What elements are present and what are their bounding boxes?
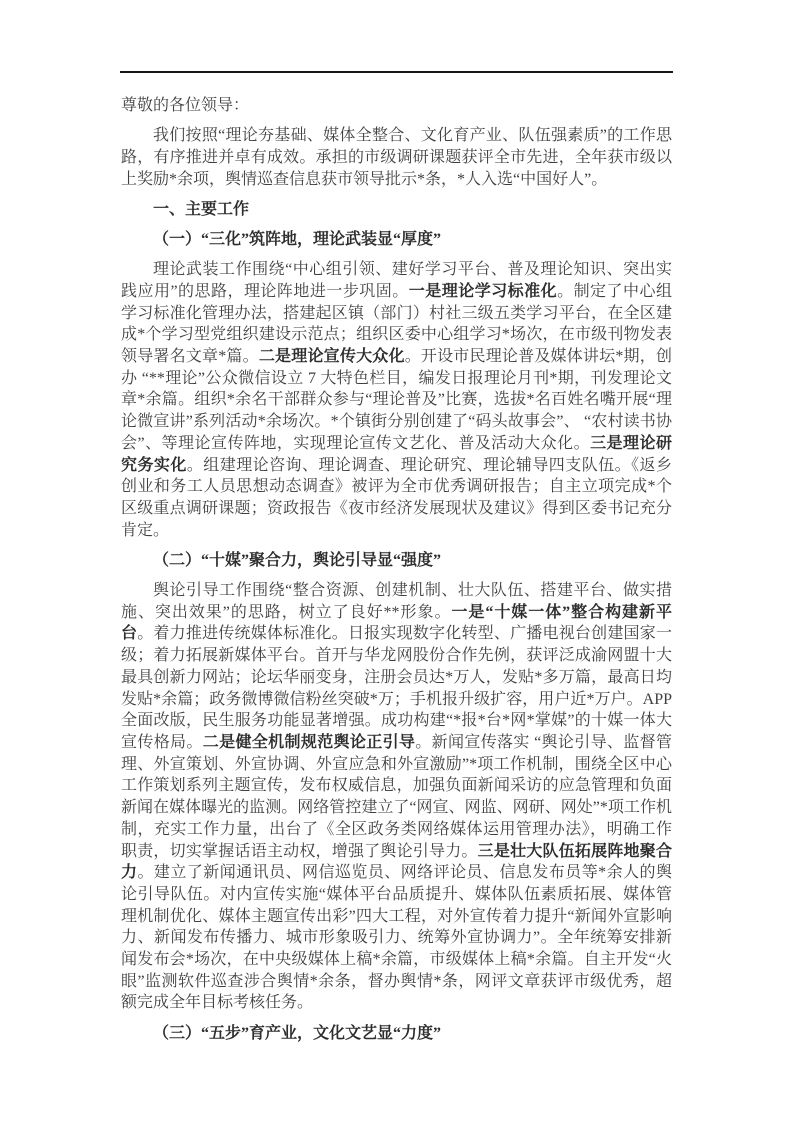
section-1-heading: （一）“三化”筑阵地，理论武装显“厚度” bbox=[121, 229, 672, 251]
document-body: 尊敬的各位领导： 我们按照“理论夯基础、媒体全整合、文化育产业、队伍强素质”的工… bbox=[121, 95, 672, 1053]
header-rule bbox=[120, 71, 673, 73]
salutation: 尊敬的各位领导： bbox=[121, 95, 672, 117]
section-3-heading: （三）“五步”育产业，文化文艺显“力度” bbox=[121, 1023, 672, 1045]
main-heading: 一、主要工作 bbox=[121, 199, 672, 221]
section-2-heading: （二）“十媒”聚合力，舆论引导显“强度” bbox=[121, 550, 672, 572]
document-page: 尊敬的各位领导： 我们按照“理论夯基础、媒体全整合、文化育产业、队伍强素质”的工… bbox=[0, 0, 793, 1122]
intro-paragraph: 我们按照“理论夯基础、媒体全整合、文化育产业、队伍强素质”的工作思路，有序推进并… bbox=[121, 125, 672, 190]
section-2-paragraph: 舆论引导工作围绕“整合资源、创建机制、壮大队伍、搭建平台、做实措施、突出效果”的… bbox=[121, 580, 672, 1014]
section-1-paragraph: 理论武装工作围绕“中心组引领、建好学习平台、普及理论知识、突出实践应用”的思路，… bbox=[121, 259, 672, 541]
